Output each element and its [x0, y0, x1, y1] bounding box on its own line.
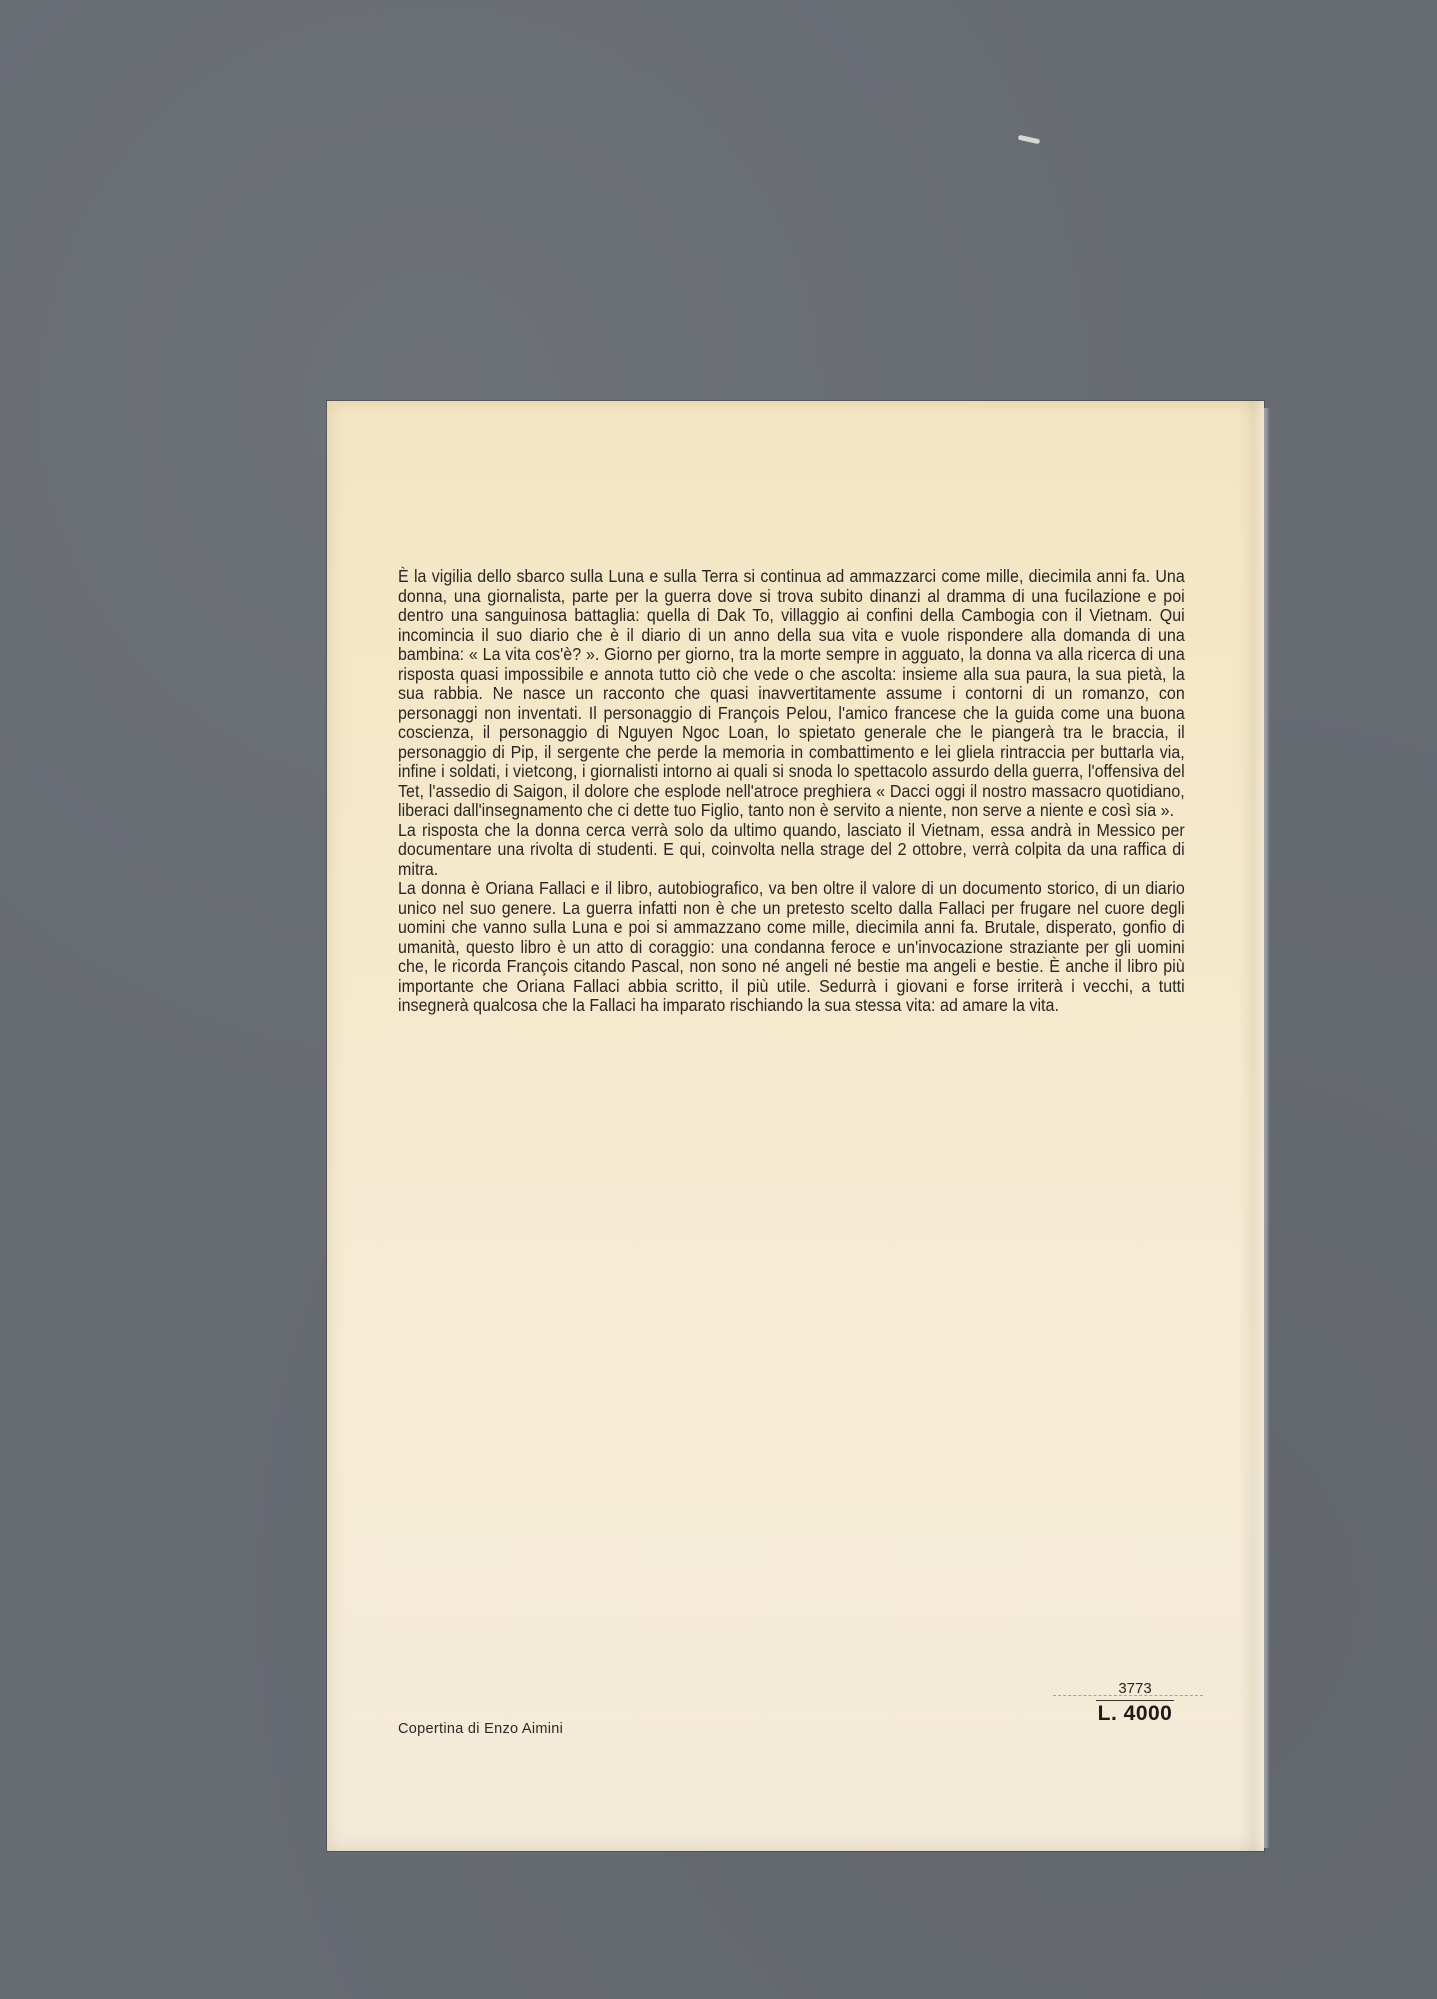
- book-back-cover: È la vigilia dello sbarco sulla Luna e s…: [327, 401, 1264, 1851]
- blurb-text: È la vigilia dello sbarco sulla Luna e s…: [398, 567, 1185, 1016]
- blurb-paragraph-2: La risposta che la donna cerca verrà sol…: [398, 821, 1185, 880]
- blurb-paragraph-3: La donna è Oriana Fallaci e il libro, au…: [398, 879, 1185, 1016]
- book-edge-highlight: [1264, 408, 1270, 1848]
- price-block: 3773 L. 4000: [1075, 1680, 1195, 1727]
- blurb-paragraph-1: È la vigilia dello sbarco sulla Luna e s…: [398, 567, 1185, 821]
- cover-credit: Copertina di Enzo Aimini: [398, 1721, 563, 1737]
- catalog-number: 3773: [1075, 1680, 1195, 1698]
- dust-speck: [1018, 135, 1041, 144]
- price-label: L. 4000: [1075, 1701, 1195, 1727]
